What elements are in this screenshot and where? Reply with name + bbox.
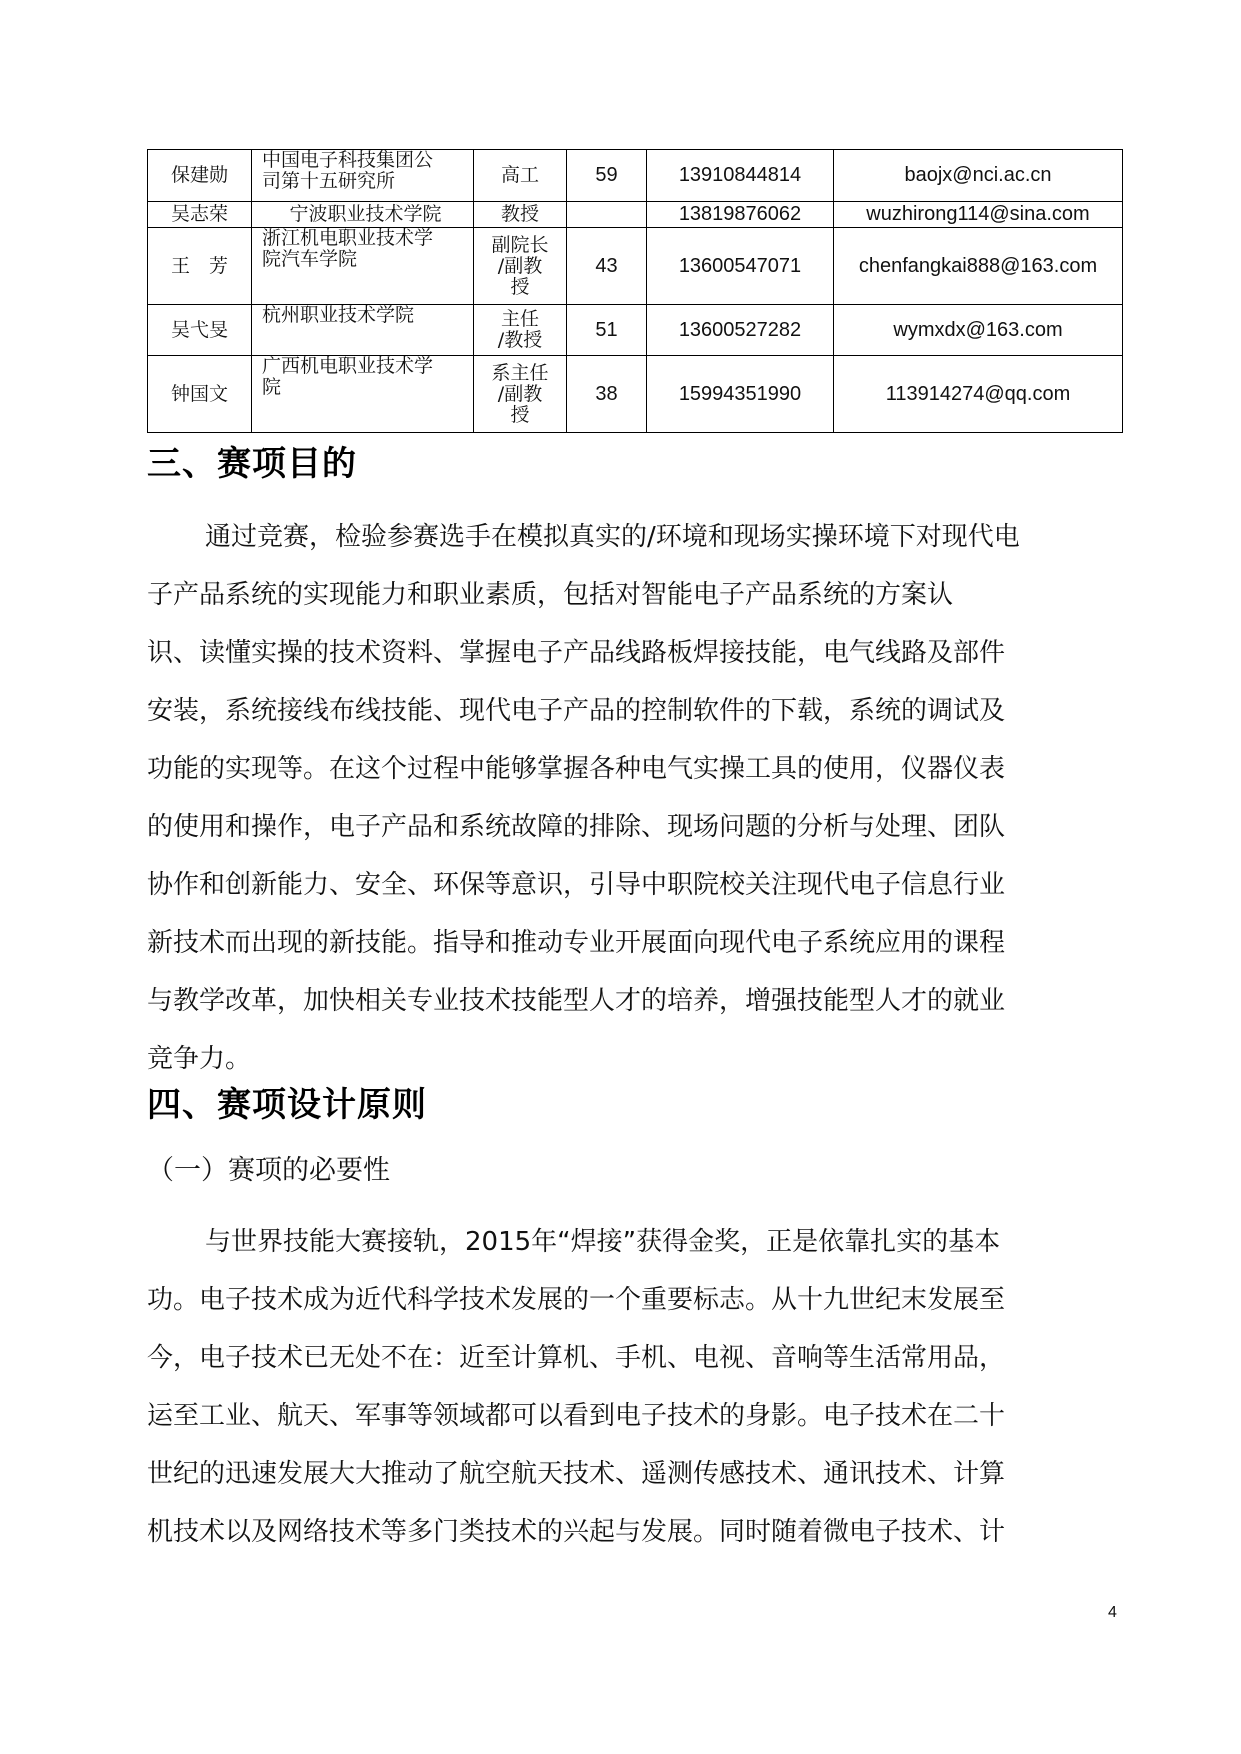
- cell-age: 59: [567, 150, 647, 202]
- org-line: 宁波职业技术学院: [262, 204, 469, 225]
- subsection-heading-necessity: （一）赛项的必要性: [147, 1155, 390, 1187]
- document-page: 保建勋 中国电子科技集团公 司第十五研究所 高工 59 13910844814 …: [0, 0, 1241, 1754]
- cell-name: 保建勋: [148, 150, 252, 202]
- cell-org: 杭州职业技术学院: [252, 305, 474, 356]
- expert-contact-table: 保建勋 中国电子科技集团公 司第十五研究所 高工 59 13910844814 …: [147, 149, 1123, 433]
- paragraph-line: 识、读懂实操的技术资料、掌握电子产品线路板焊接技能，电气线路及部件: [147, 624, 1127, 682]
- table-row: 保建勋 中国电子科技集团公 司第十五研究所 高工 59 13910844814 …: [148, 150, 1123, 202]
- cell-org: 广西机电职业技术学 院: [252, 356, 474, 433]
- paragraph-line: 世纪的迅速发展大大推动了航空航天技术、遥测传感技术、通讯技术、计算: [147, 1445, 1127, 1503]
- org-line: 杭州职业技术学院: [262, 305, 469, 326]
- paragraph-line: 机技术以及网络技术等多门类技术的兴起与发展。同时随着微电子技术、计: [147, 1503, 1127, 1561]
- paragraph-line: 协作和创新能力、安全、环保等意识，引导中职院校关注现代电子信息行业: [147, 856, 1127, 914]
- org-line: 浙江机电职业技术学: [262, 228, 469, 249]
- table-row: 王 芳 浙江机电职业技术学 院汽车学院 副院长 /副教 授 43 1360054…: [148, 228, 1123, 305]
- cell-phone: 13819876062: [647, 202, 834, 228]
- cell-phone: 13910844814: [647, 150, 834, 202]
- cell-title: 教授: [474, 202, 567, 228]
- section-purpose-paragraph: 通过竞赛，检验参赛选手在模拟真实的/环境和现场实操环境下对现代电 子产品系统的实…: [147, 508, 1127, 1088]
- section-necessity-paragraph: 与世界技能大赛接轨，2015年“焊接”获得金奖，正是依靠扎实的基本 功。电子技术…: [147, 1213, 1127, 1561]
- org-line: 司第十五研究所: [262, 171, 469, 192]
- org-line: 中国电子科技集团公: [262, 150, 469, 171]
- paragraph-line: 运至工业、航天、军事等领域都可以看到电子技术的身影。电子技术在二十: [147, 1387, 1127, 1445]
- cell-title: 系主任 /副教 授: [474, 356, 567, 433]
- cell-org: 浙江机电职业技术学 院汽车学院: [252, 228, 474, 305]
- cell-title: 副院长 /副教 授: [474, 228, 567, 305]
- cell-email: 113914274@qq.com: [834, 356, 1123, 433]
- title-line: /教授: [478, 330, 562, 351]
- cell-name: 王 芳: [148, 228, 252, 305]
- cell-name: 吴弋旻: [148, 305, 252, 356]
- section-heading-purpose: 三、赛项目的: [147, 444, 357, 484]
- paragraph-line: 新技术而出现的新技能。指导和推动专业开展面向现代电子系统应用的课程: [147, 914, 1127, 972]
- paragraph-line: 今，电子技术已无处不在：近至计算机、手机、电视、音响等生活常用品，: [147, 1329, 1127, 1387]
- table-row: 吴志荣 宁波职业技术学院 教授 13819876062 wuzhirong114…: [148, 202, 1123, 228]
- paragraph-line: 安装，系统接线布线技能、现代电子产品的控制软件的下载，系统的调试及: [147, 682, 1127, 740]
- org-line: 院汽车学院: [262, 249, 469, 270]
- title-line: 主任: [478, 309, 562, 330]
- cell-org: 宁波职业技术学院: [252, 202, 474, 228]
- cell-email: baojx@nci.ac.cn: [834, 150, 1123, 202]
- cell-title: 高工: [474, 150, 567, 202]
- table-row: 吴弋旻 杭州职业技术学院 主任 /教授 51 13600527282 wymxd…: [148, 305, 1123, 356]
- section-heading-design-principles: 四、赛项设计原则: [147, 1085, 427, 1125]
- title-line: /副教: [478, 256, 562, 277]
- cell-name: 钟国文: [148, 356, 252, 433]
- table-row: 钟国文 广西机电职业技术学 院 系主任 /副教 授 38 15994351990…: [148, 356, 1123, 433]
- cell-email: wymxdx@163.com: [834, 305, 1123, 356]
- cell-phone: 15994351990: [647, 356, 834, 433]
- cell-email: chenfangkai888@163.com: [834, 228, 1123, 305]
- title-line: 系主任: [478, 363, 562, 384]
- paragraph-line: 与教学改革，加快相关专业技术技能型人才的培养，增强技能型人才的就业: [147, 972, 1127, 1030]
- cell-age: [567, 202, 647, 228]
- paragraph-line: 的使用和操作，电子产品和系统故障的排除、现场问题的分析与处理、团队: [147, 798, 1127, 856]
- title-line: 副院长: [478, 235, 562, 256]
- org-line: 广西机电职业技术学: [262, 356, 469, 377]
- cell-age: 51: [567, 305, 647, 356]
- cell-email: wuzhirong114@sina.com: [834, 202, 1123, 228]
- paragraph-line: 子产品系统的实现能力和职业素质，包括对智能电子产品系统的方案认: [147, 566, 1127, 624]
- paragraph-line: 通过竞赛，检验参赛选手在模拟真实的/环境和现场实操环境下对现代电: [147, 508, 1127, 566]
- paragraph-line: 与世界技能大赛接轨，2015年“焊接”获得金奖，正是依靠扎实的基本: [147, 1213, 1127, 1271]
- cell-phone: 13600527282: [647, 305, 834, 356]
- paragraph-line: 功能的实现等。在这个过程中能够掌握各种电气实操工具的使用，仪器仪表: [147, 740, 1127, 798]
- cell-title: 主任 /教授: [474, 305, 567, 356]
- org-line: 院: [262, 377, 469, 398]
- paragraph-line: 功。电子技术成为近代科学技术发展的一个重要标志。从十九世纪末发展至: [147, 1271, 1127, 1329]
- title-line: /副教: [478, 384, 562, 405]
- cell-age: 43: [567, 228, 647, 305]
- cell-org: 中国电子科技集团公 司第十五研究所: [252, 150, 474, 202]
- cell-phone: 13600547071: [647, 228, 834, 305]
- cell-name: 吴志荣: [148, 202, 252, 228]
- cell-age: 38: [567, 356, 647, 433]
- paragraph-line: 竞争力。: [147, 1030, 1127, 1088]
- title-line: 授: [478, 277, 562, 298]
- title-line: 授: [478, 405, 562, 426]
- page-number: 4: [1108, 1604, 1117, 1622]
